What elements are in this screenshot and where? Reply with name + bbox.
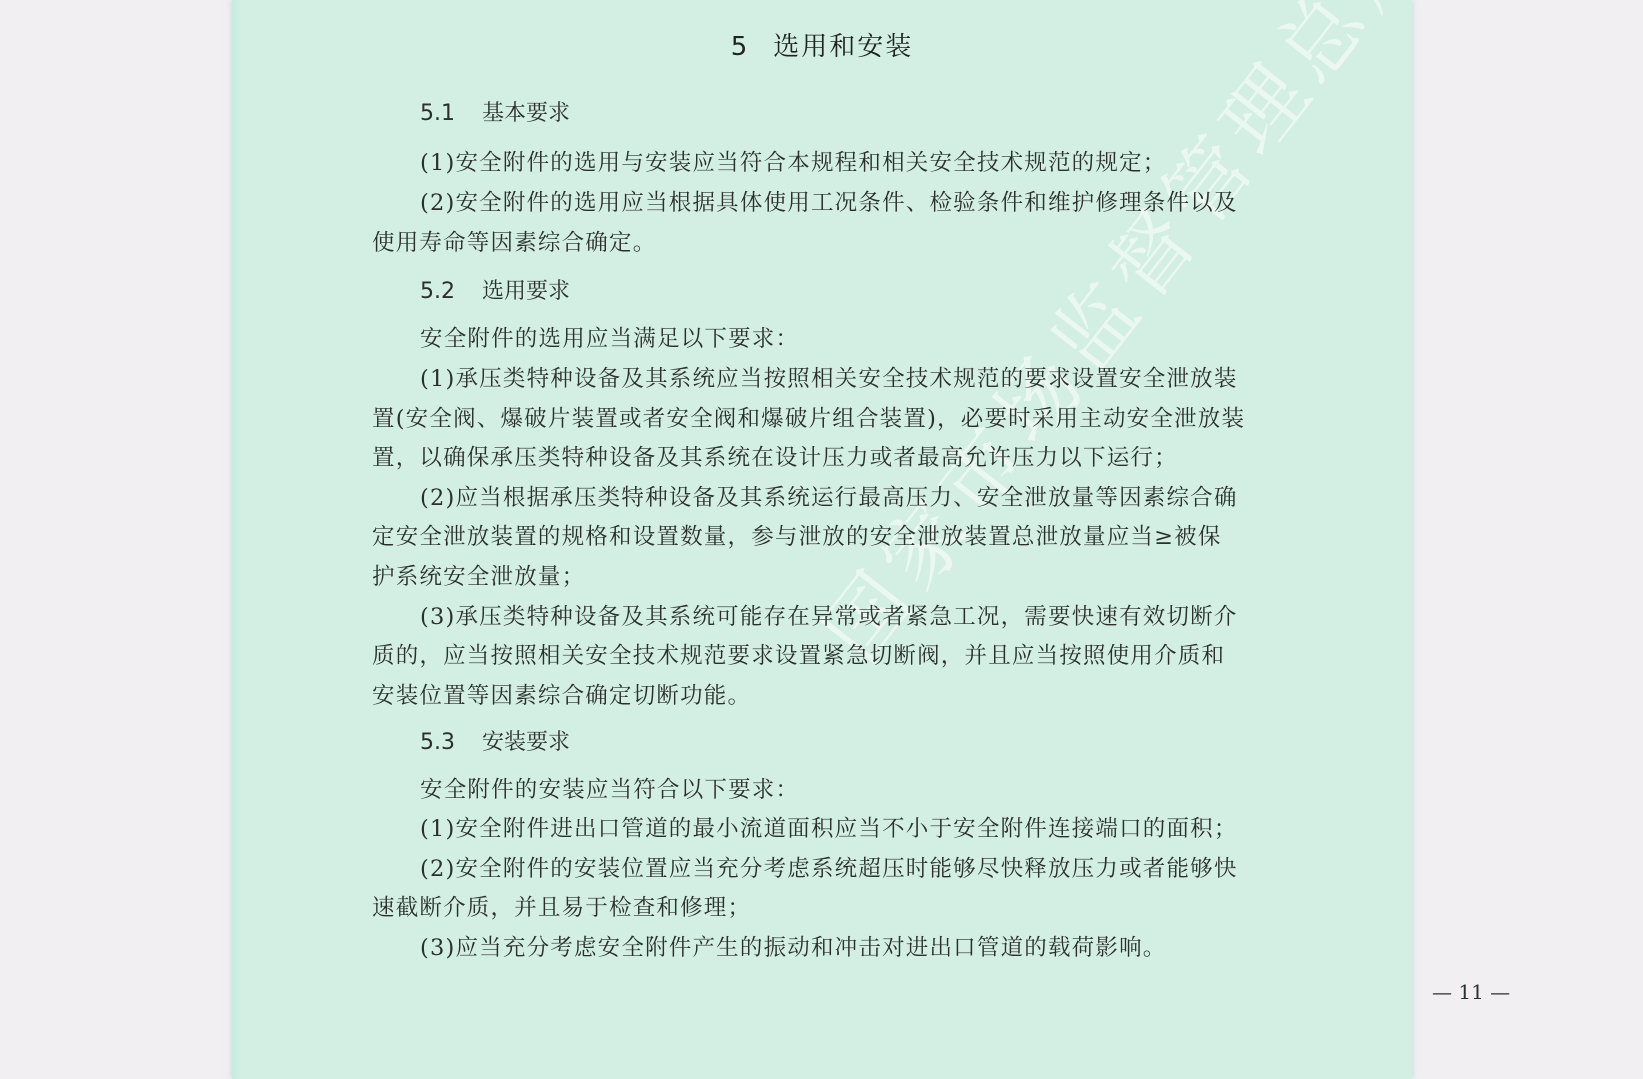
paragraph-line: 安装位置等因素综合确定切断功能。 — [372, 682, 751, 710]
section-heading-5-2: 5.2选用要求 — [420, 278, 570, 306]
paragraph-line: 护系统安全泄放量； — [372, 563, 585, 591]
chapter-number: 5 — [731, 32, 750, 62]
chapter-title-text: 选用和安装 — [773, 32, 913, 62]
section-heading-5-3: 5.3安装要求 — [420, 729, 570, 757]
section-number: 5.1 — [420, 100, 482, 128]
paragraph-line: 安全附件的安装应当符合以下要求： — [420, 776, 799, 804]
section-number: 5.2 — [420, 278, 482, 306]
paragraph-line: 置(安全阀、爆破片装置或者安全阀和爆破片组合装置)，必要时采用主动安全泄放装 — [372, 405, 1245, 433]
section-title: 基本要求 — [482, 101, 570, 126]
paragraph-line: 质的，应当按照相关安全技术规范要求设置紧急切断阀，并且应当按照使用介质和 — [372, 642, 1225, 670]
section-title: 安装要求 — [482, 730, 570, 755]
paragraph-line: 安全附件的选用应当满足以下要求： — [420, 325, 799, 353]
section-title: 选用要求 — [482, 279, 570, 304]
paragraph-line: (1)安全附件进出口管道的最小流道面积应当不小于安全附件连接端口的面积； — [420, 815, 1238, 843]
paragraph-line: (1)承压类特种设备及其系统应当按照相关安全技术规范的要求设置安全泄放装 — [420, 365, 1238, 393]
paragraph-line: (3)承压类特种设备及其系统可能存在异常或者紧急工况，需要快速有效切断介 — [420, 603, 1238, 631]
paragraph-line: 置，以确保承压类特种设备及其系统在设计压力或者最高允许压力以下运行； — [372, 444, 1178, 472]
watermark: 国家市场监督管理总局 — [792, 0, 1451, 682]
paragraph-line: (2)安全附件的选用应当根据具体使用工况条件、检验条件和维护修理条件以及 — [420, 189, 1238, 217]
page-number: — 11 — — [1432, 980, 1510, 1004]
paragraph-line: 速截断介质，并且易于检查和修理； — [372, 894, 751, 922]
paragraph-line: (3)应当充分考虑安全附件产生的振动和冲击对进出口管道的载荷影响。 — [420, 934, 1166, 962]
section-number: 5.3 — [420, 729, 482, 757]
section-heading-5-1: 5.1基本要求 — [420, 100, 570, 128]
paragraph-line: (2)应当根据承压类特种设备及其系统运行最高压力、安全泄放量等因素综合确 — [420, 484, 1238, 512]
paragraph-line: 定安全泄放装置的规格和设置数量，参与泄放的安全泄放装置总泄放量应当≥被保 — [372, 523, 1222, 551]
paragraph-line: (2)安全附件的安装位置应当充分考虑系统超压时能够尽快释放压力或者能够快 — [420, 855, 1238, 883]
paragraph-line: (1)安全附件的选用与安装应当符合本规程和相关安全技术规范的规定； — [420, 149, 1166, 177]
document-page: 国家市场监督管理总局 5选用和安装 5.1基本要求 (1)安全附件的选用与安装应… — [232, 0, 1412, 1079]
chapter-title: 5选用和安装 — [232, 26, 1412, 63]
paragraph-line: 使用寿命等因素综合确定。 — [372, 229, 656, 257]
